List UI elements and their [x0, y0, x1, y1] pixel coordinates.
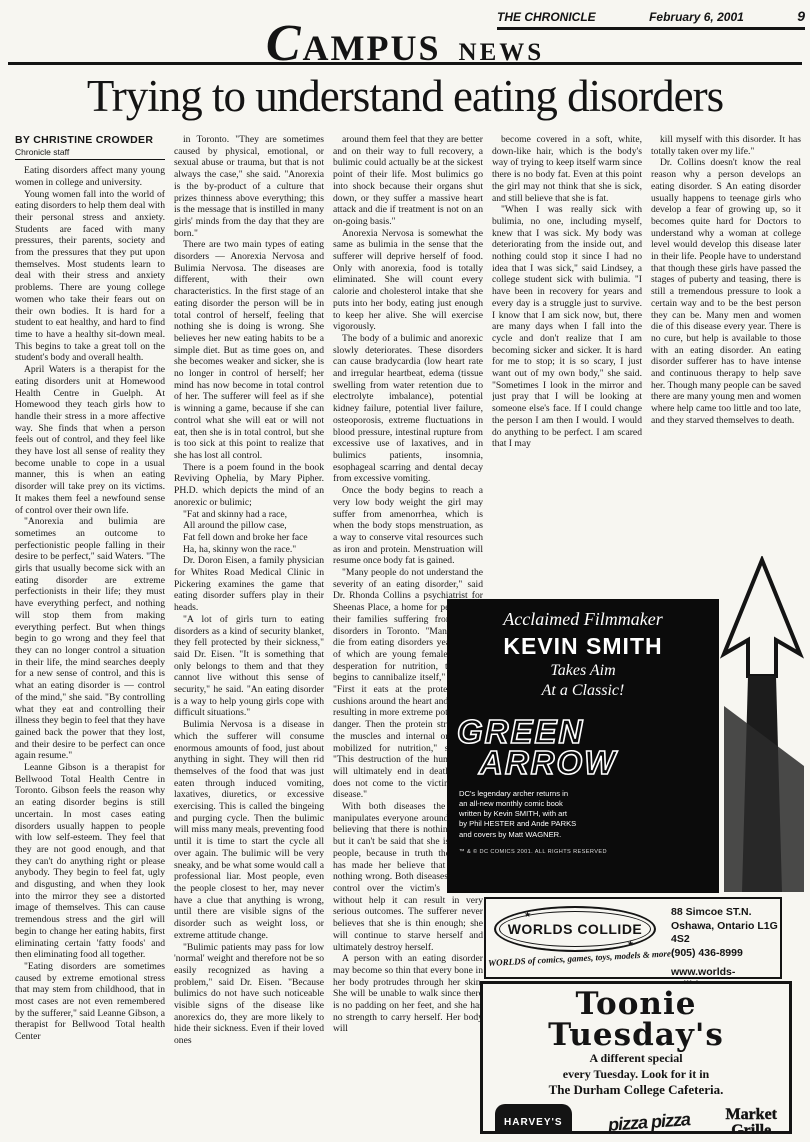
worlds-collide-oval-logo: WORLDS COLLIDE ★ ★ — [494, 906, 656, 952]
worlds-collide-address-1: 88 Simcoe ST.N. — [671, 906, 780, 920]
article-column-1: BY CHRISTINE CROWDER Chronicle staff Eat… — [15, 134, 165, 1138]
article-paragraph: Eating disorders affect many young women… — [15, 165, 165, 188]
column-2-paragraphs: in Toronto. "They are sometimes caused b… — [174, 134, 324, 1047]
column-1-paragraphs: Eating disorders affect many young women… — [15, 165, 165, 1043]
toonie-line-3: The Durham College Cafeteria. — [483, 1082, 789, 1099]
green-arrow-ad: Acclaimed Filmmaker KEVIN SMITH Takes Ai… — [447, 599, 719, 893]
article-paragraph: "Anorexia and bulimia are sometimes an o… — [15, 516, 165, 762]
article-paragraph: There is a poem found in the book Revivi… — [174, 462, 324, 509]
market-grille-logo: Market Grille — [725, 1107, 777, 1134]
article-paragraph: Dr. Collins doesn't know the real reason… — [651, 157, 801, 426]
toonie-sponsor-logos: HARVEY'S pizza pizza Market Grille — [483, 1099, 789, 1134]
newspaper-page: THE CHRONICLE February 6, 2001 9 CAMPUS … — [0, 0, 810, 1142]
article-paragraph: Bulimia Nervosa is a disease in which th… — [174, 719, 324, 941]
article-headline: Trying to understand eating disorders — [10, 72, 800, 122]
star-icon: ★ — [524, 910, 531, 919]
article-paragraph: Ha, ha, skinny won the race." — [174, 544, 324, 556]
article-paragraph: Young women fall into the world of eatin… — [15, 189, 165, 365]
toonie-line-1: A different special — [483, 1051, 789, 1067]
article-paragraph: Leanne Gibson is a therapist for Bellwoo… — [15, 762, 165, 961]
green-arrow-logo: GREEN ARROW — [447, 716, 719, 779]
article-paragraph: in Toronto. "They are sometimes caused b… — [174, 134, 324, 239]
article-paragraph: A person with an eating disorder may bec… — [333, 953, 483, 1035]
article-paragraph: "When I was really sick with bulimia, no… — [492, 204, 642, 450]
ad-fine-print: ™ & © DC COMICS 2001. ALL RIGHTS RESERVE… — [459, 849, 719, 855]
harveys-logo: HARVEY'S — [495, 1104, 572, 1134]
article-paragraph: "Eating disorders are sometimes caused b… — [15, 961, 165, 1043]
ad-body-text: DC's legendary archer returns in an all-… — [459, 789, 577, 840]
star-icon: ★ — [627, 939, 634, 948]
article-paragraph: All around the pillow case, — [174, 520, 324, 532]
worlds-collide-contact: 88 Simcoe ST.N. Oshawa, Ontario L1G 4S2 … — [671, 899, 780, 977]
worlds-collide-ad: WORLDS COLLIDE ★ ★ WORLDS of comics, gam… — [484, 897, 782, 979]
column-3-paragraphs: around them feel that they are better an… — [333, 134, 483, 1035]
article-paragraph: Anorexia Nervosa is somewhat the same as… — [333, 228, 483, 333]
worlds-collide-logo-area: WORLDS COLLIDE ★ ★ WORLDS of comics, gam… — [486, 899, 671, 977]
byline-role: Chronicle staff — [15, 147, 165, 160]
article-paragraph: around them feel that they are better an… — [333, 134, 483, 228]
column-5-paragraphs: kill myself with this disorder. It has t… — [651, 134, 801, 427]
ad-tagline: Acclaimed Filmmaker — [447, 609, 719, 630]
worlds-collide-logo-text: WORLDS COLLIDE — [508, 921, 643, 937]
ad-kevin-smith-name: KEVIN SMITH — [447, 633, 719, 660]
pizza-pizza-logo: pizza pizza — [607, 1109, 690, 1134]
ad-takes-aim: Takes Aim — [447, 662, 719, 680]
article-paragraph: "Fat and skinny had a race, — [174, 509, 324, 521]
article-paragraph: become covered in a soft, white, down-li… — [492, 134, 642, 204]
article-paragraph: "Bulimic patients may pass for low 'norm… — [174, 942, 324, 1047]
toonie-tuesdays-ad: Toonie Tuesday's A different special eve… — [480, 981, 792, 1134]
article-paragraph: kill myself with this disorder. It has t… — [651, 134, 801, 157]
article-paragraph: There are two main types of eating disor… — [174, 239, 324, 461]
toonie-line-2: every Tuesday. Look for it in — [483, 1067, 789, 1083]
column-4-paragraphs: become covered in a soft, white, down-li… — [492, 134, 642, 450]
green-arrow-word-arrow: ARROW — [479, 747, 719, 778]
byline: BY CHRISTINE CROWDER — [15, 134, 165, 147]
article-column-2: in Toronto. "They are sometimes caused b… — [174, 134, 324, 1138]
ad-at-a-classic: At a Classic! — [447, 682, 719, 700]
worlds-collide-phone: (905) 436-8999 — [671, 947, 780, 961]
article-paragraph: Once the body begins to reach a very low… — [333, 485, 483, 567]
article-paragraph: Fat fell down and broke her face — [174, 532, 324, 544]
article-paragraph: Dr. Doron Eisen, a family physician for … — [174, 555, 324, 614]
article-paragraph: "A lot of girls turn to eating disorders… — [174, 614, 324, 719]
article-column-4: become covered in a soft, white, down-li… — [492, 134, 642, 594]
banner-rule — [8, 62, 802, 65]
article-paragraph: April Waters is a therapist for the eati… — [15, 364, 165, 516]
worlds-collide-address-2: Oshawa, Ontario L1G 4S2 — [671, 920, 780, 947]
arrow-artwork-icon — [720, 556, 805, 892]
article-paragraph: The body of a bulimic and anorexic slowl… — [333, 333, 483, 485]
page-number: 9 — [797, 8, 805, 24]
toonie-tuesdays-title: Toonie Tuesday's — [483, 989, 789, 1051]
article-column-5: kill myself with this disorder. It has t… — [651, 134, 801, 544]
